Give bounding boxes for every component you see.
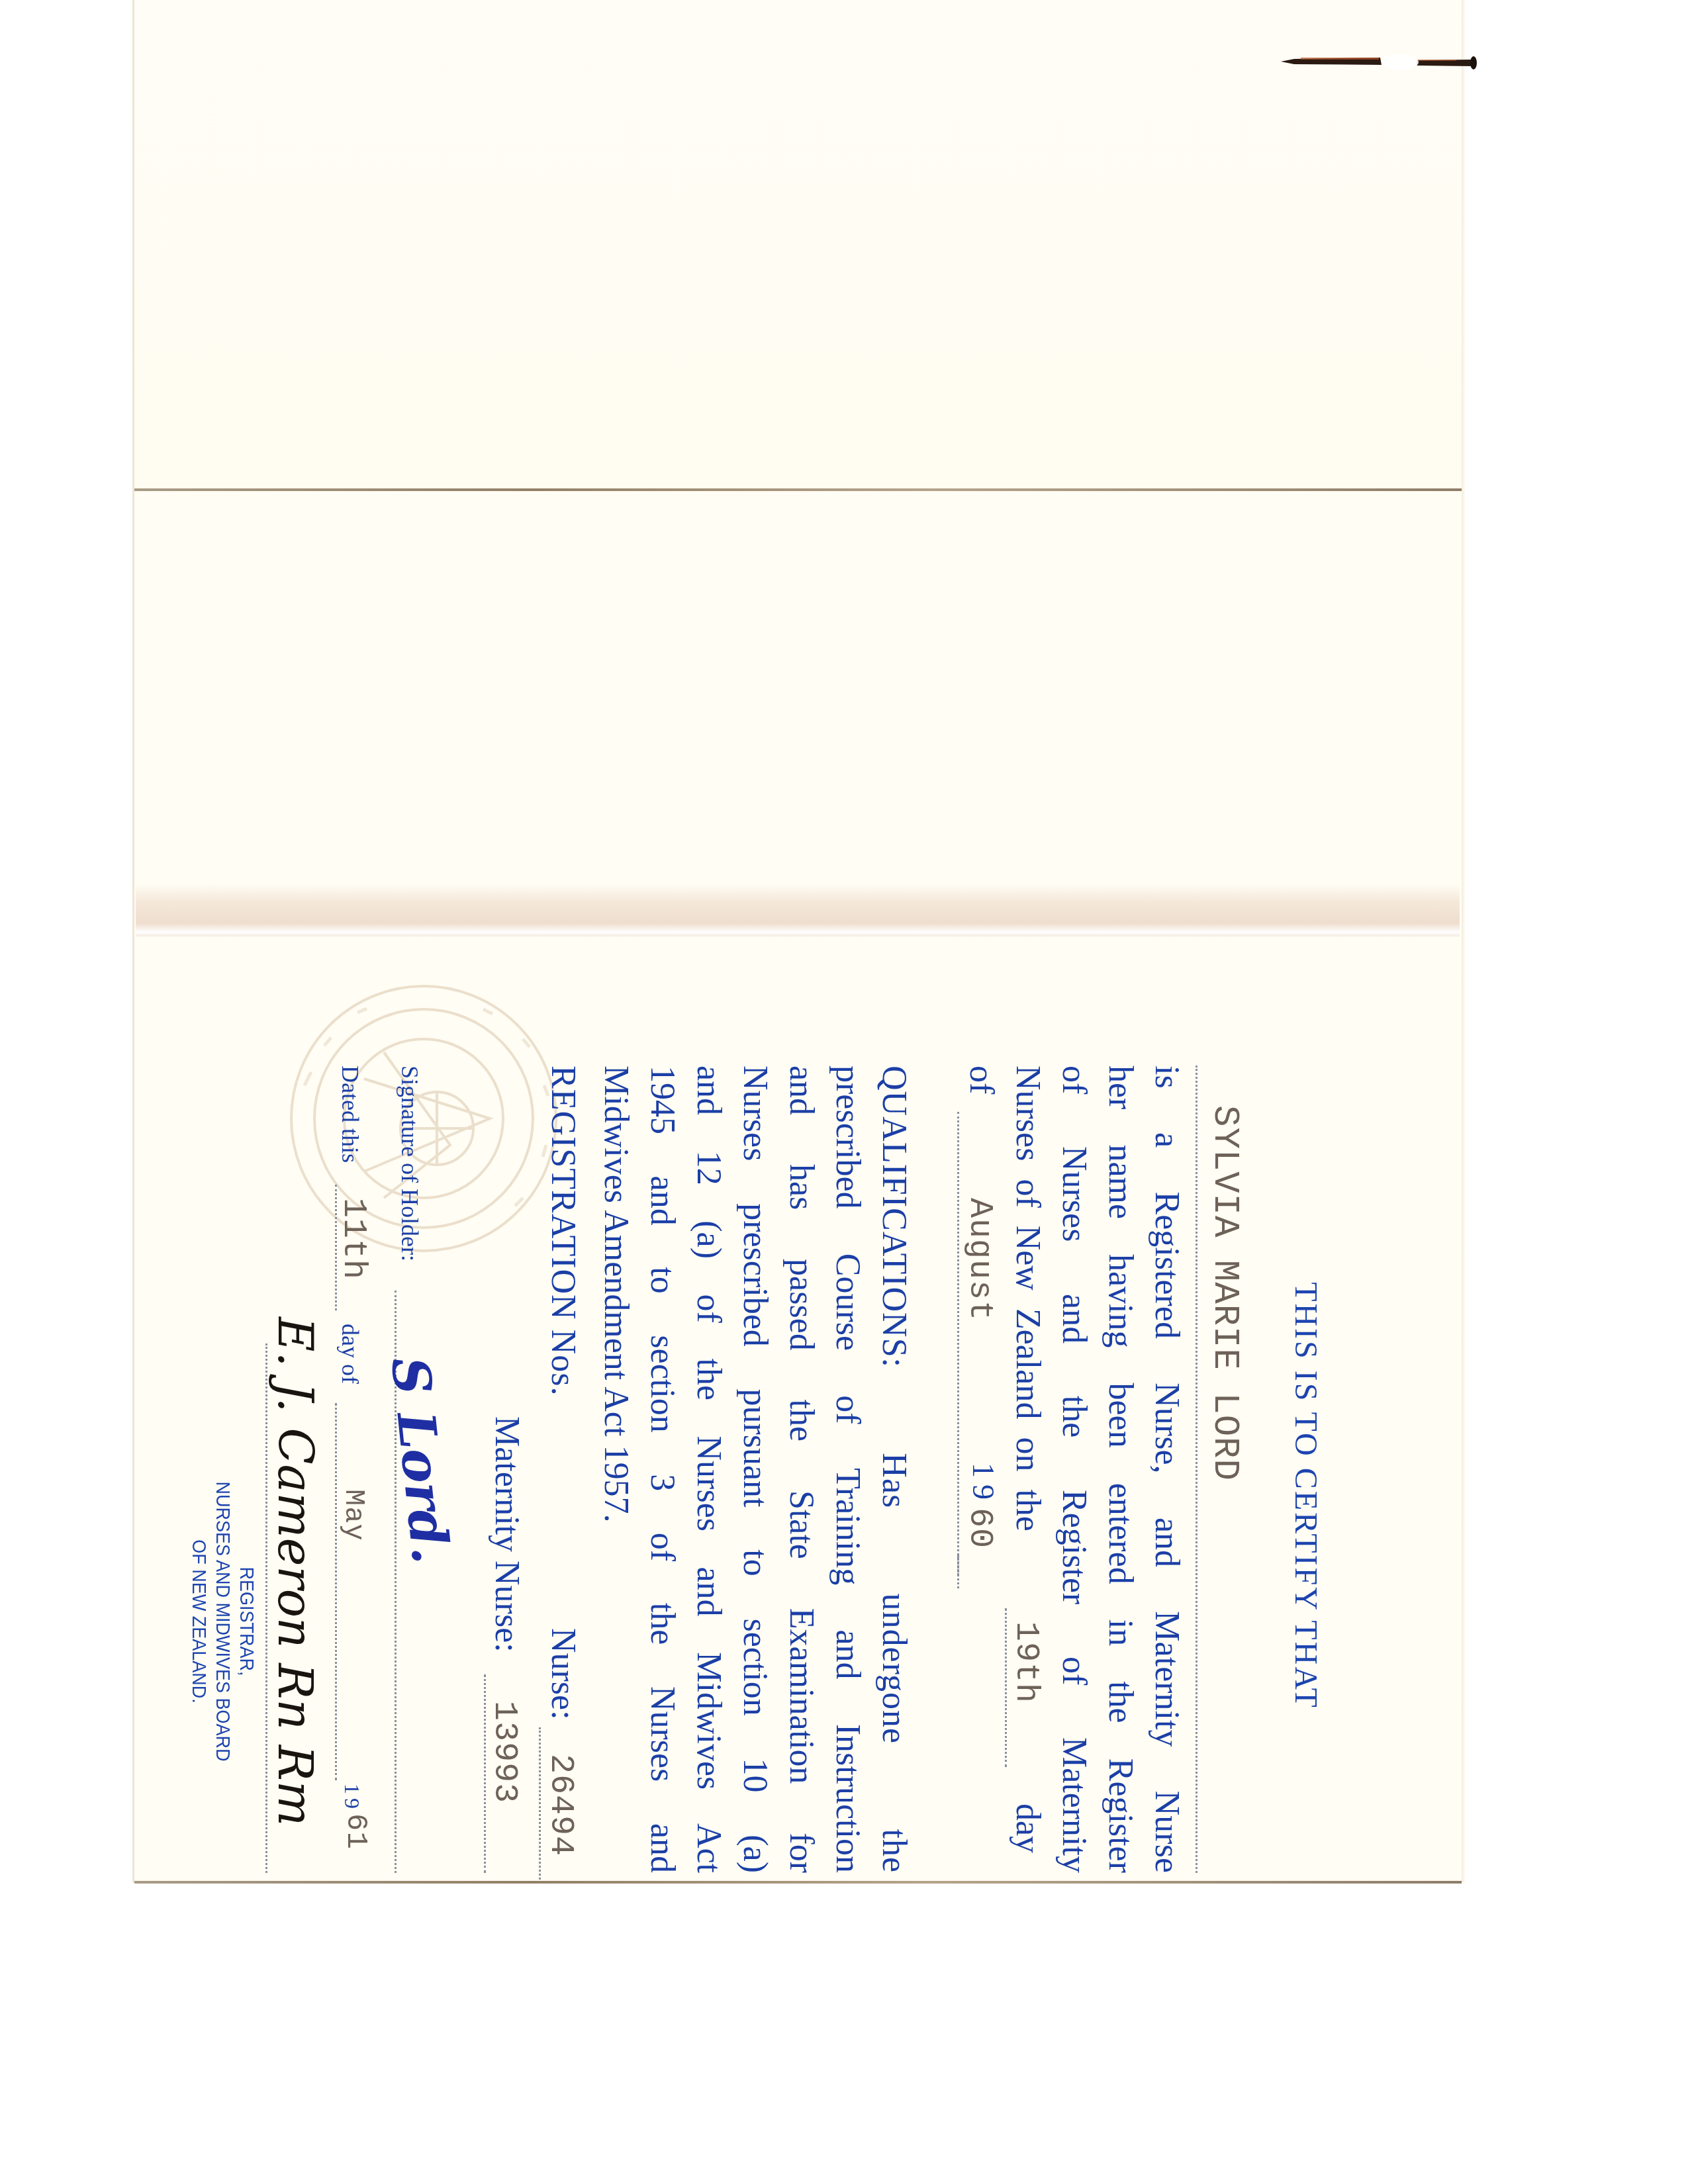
nurse-number-label: Nurse:: [543, 1628, 583, 1720]
pin-icon: [1281, 52, 1479, 71]
folded-top-panel: [132, 0, 1463, 490]
registrar-title-line-1: REGISTRAR,: [234, 1455, 258, 1788]
dated-month-dotted-line: [335, 1403, 338, 1780]
certificate-content: THIS IS TO CERTIFY THAT SYLVIA MARIE LOR…: [185, 1066, 1350, 1926]
body-line-5: day: [1008, 1803, 1047, 1853]
paper-left-edge: [132, 0, 134, 1883]
registration-year-prefix: 19: [966, 1463, 1001, 1506]
holder-signature: S Lord.: [379, 1354, 461, 1567]
qualifications-line-7: Midwives Amendment Act 1957.: [596, 1066, 635, 1522]
registration-day: 19th: [1007, 1621, 1045, 1704]
registrar-title: REGISTRAR, NURSES AND MIDWIVES BOARD OF …: [187, 1455, 258, 1788]
registrar-title-line-2: NURSES AND MIDWIVES BOARD: [211, 1455, 234, 1788]
dated-year-suffix: 61: [339, 1813, 372, 1850]
dated-month: May: [338, 1489, 369, 1541]
qualifications-line-6: 1945 and to section 3 of the Nurses and: [643, 1066, 682, 1873]
qualifications-line-4: Nurses prescribed pursuant to section 10…: [735, 1066, 774, 1873]
dated-this-label: Dated this: [336, 1066, 364, 1163]
registration-year-suffix: 60: [961, 1508, 998, 1549]
dated-day: 11th: [334, 1198, 372, 1280]
registration-date-prefix: of: [962, 1066, 1001, 1094]
paper-fold-crease: [136, 884, 1460, 936]
body-line-2: her name having been entered in the Regi…: [1101, 1066, 1140, 1873]
registrar-title-line-3: OF NEW ZEALAND.: [187, 1455, 211, 1788]
maternity-number-label: Maternity Nurse:: [487, 1416, 526, 1653]
body-line-4: Nurses of New Zealand on the: [1008, 1066, 1047, 1531]
certificate-title: THIS IS TO CERTIFY THAT: [1288, 1066, 1324, 1926]
qualifications-line-5: and 12 (a) of the Nurses and Midwives Ac…: [689, 1066, 728, 1873]
day-of-label: day of: [336, 1324, 364, 1384]
registration-month: August: [961, 1198, 998, 1321]
qualifications-line-3: and has passed the State Examination for: [782, 1066, 821, 1873]
name-dotted-line: [1196, 1066, 1198, 1873]
qualifications-line-2: prescribed Course of Training and Instru…: [828, 1066, 867, 1873]
registration-nos-label: REGISTRATION Nos.: [543, 1066, 583, 1396]
nurse-number: 26494: [541, 1754, 579, 1856]
panel-edge-top: [134, 488, 1462, 491]
registrar-signature: E. J. Cameron Rn Rm: [267, 1317, 323, 1826]
month-dotted-line: [957, 1112, 960, 1575]
year-dotted-line: [957, 1555, 960, 1588]
body-line-3: of Nurses and the Register of Maternity: [1055, 1066, 1094, 1873]
body-line-1: is a Registered Nurse, and Maternity Nur…: [1147, 1066, 1186, 1873]
dated-year-prefix: 19: [340, 1784, 364, 1813]
maternity-number: 13993: [485, 1701, 523, 1803]
holder-name: SYLVIA MARIE LORD: [1204, 1105, 1244, 1481]
signature-of-holder-label: Signature of Holder:: [396, 1066, 424, 1261]
paper-right-edge: [1462, 0, 1466, 1883]
qualifications-line-1: QUALIFICATIONS: Has undergone the: [874, 1066, 914, 1873]
